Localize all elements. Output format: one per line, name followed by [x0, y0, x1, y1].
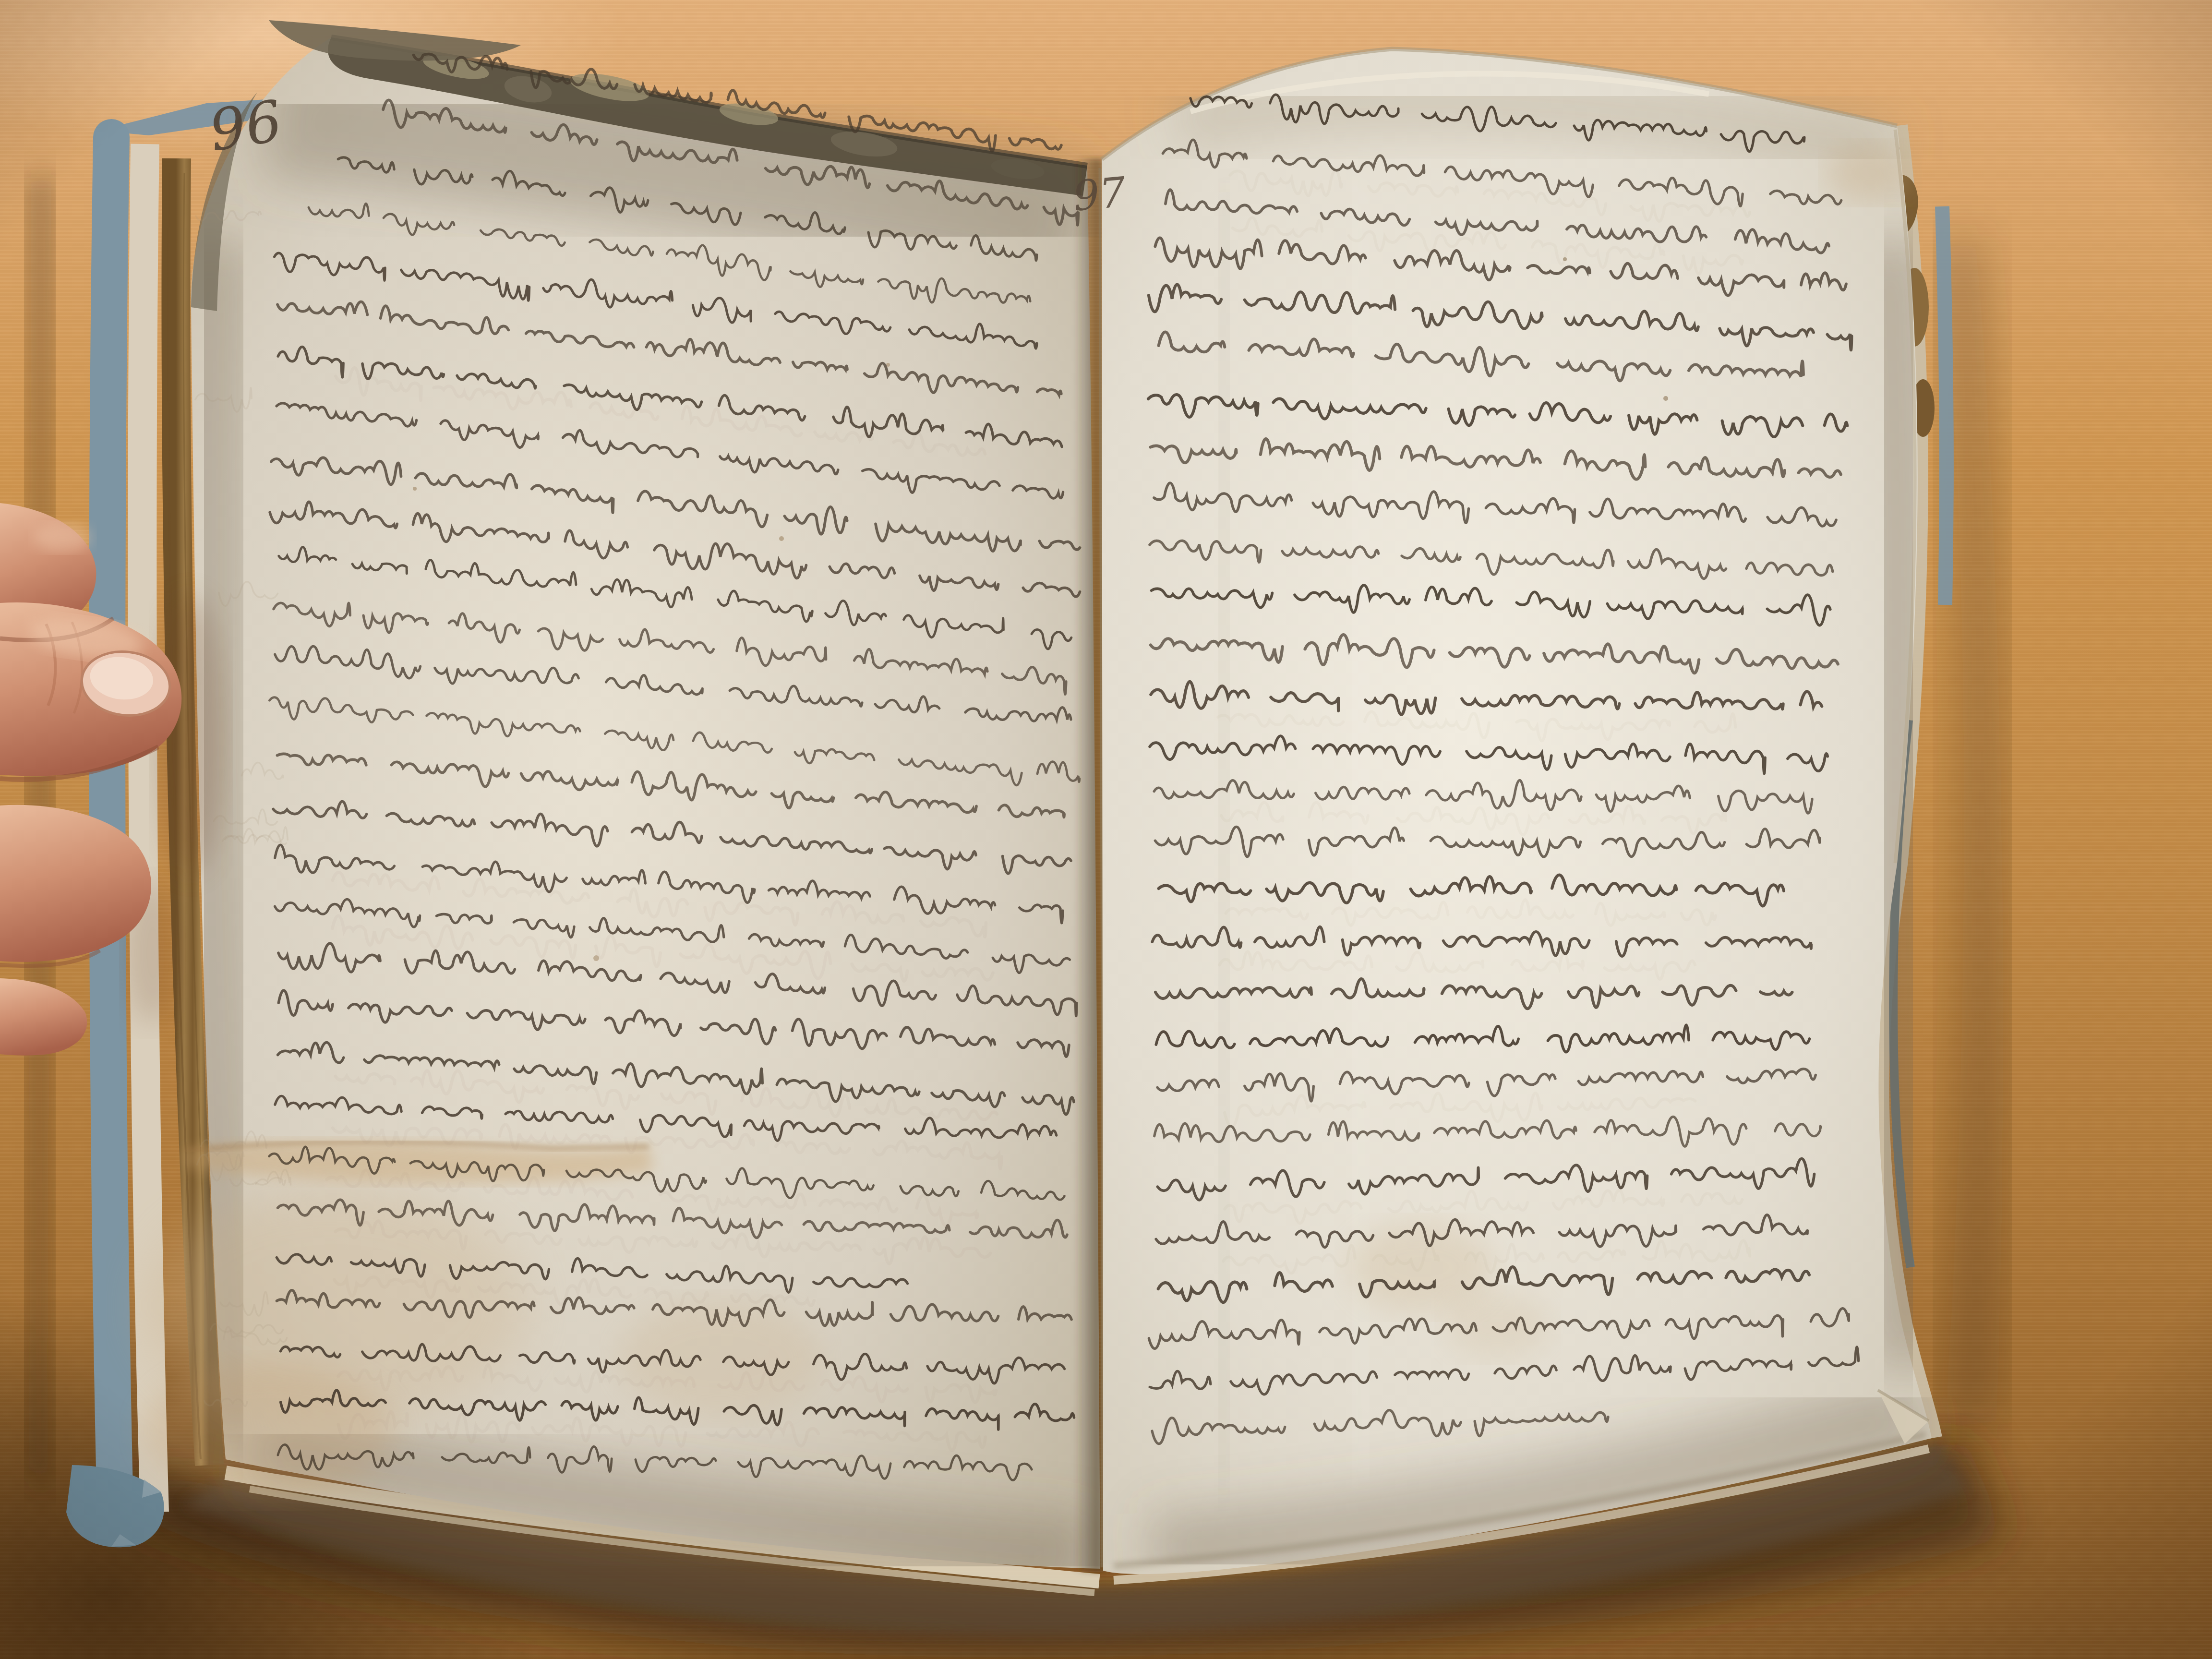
book-illustration: 96 97: [0, 0, 2212, 1659]
manuscript-photo: 96 97 jean baptiste honnorat notaire roy…: [0, 0, 2212, 1659]
photo-vignette: [0, 0, 2212, 1659]
